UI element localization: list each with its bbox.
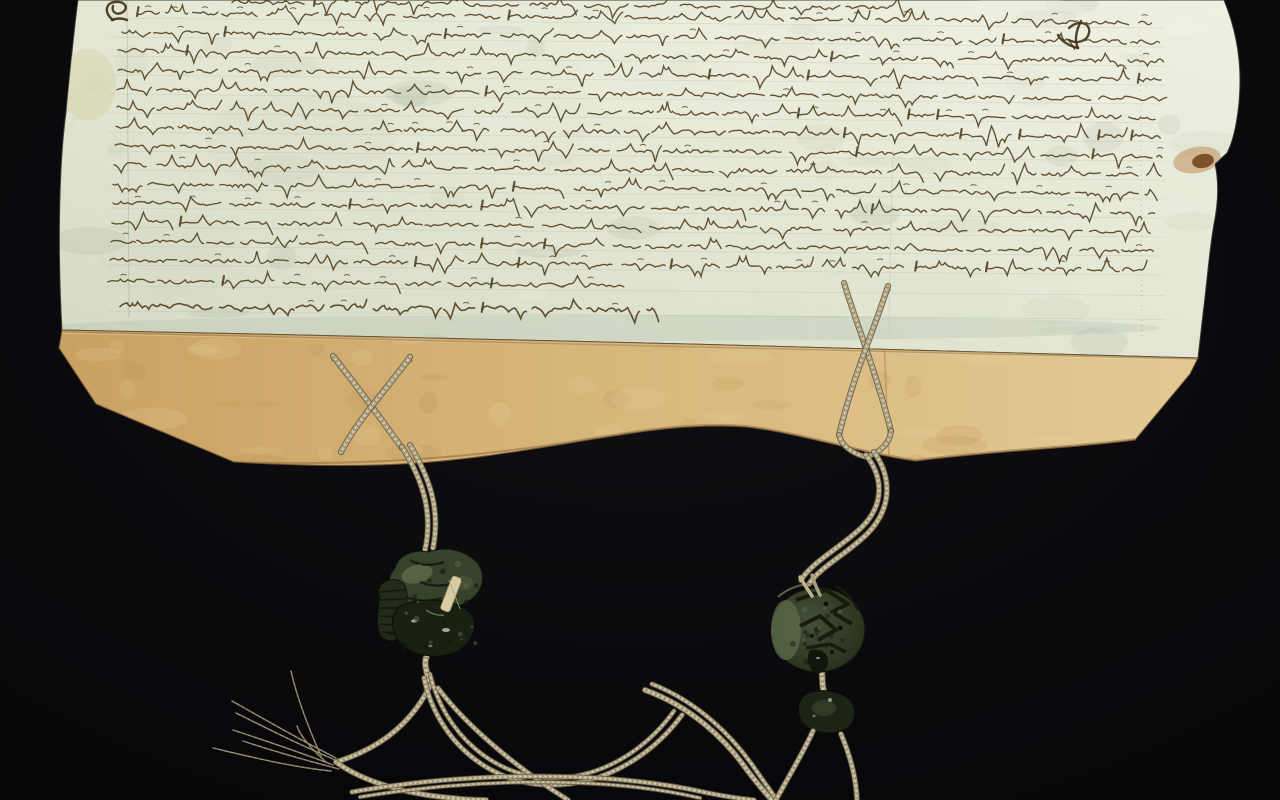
parchment-sheet [40, 0, 1240, 358]
photograph [0, 0, 1280, 800]
charter-scene [0, 0, 1280, 800]
